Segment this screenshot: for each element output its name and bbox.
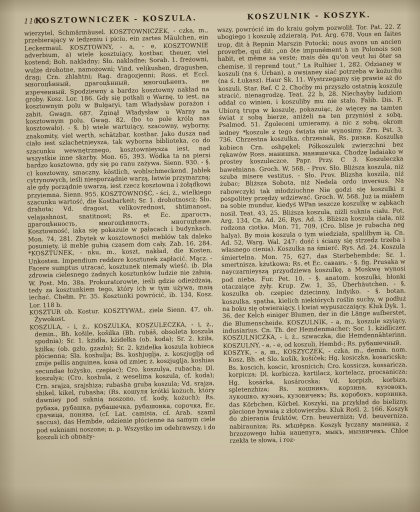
right-column: KOSZULNIK - KOSZYK. wszy, powrócić im do… [217, 10, 409, 446]
dictionary-paragraph: wszy, powrócić im do kraiu gołym pozwoli… [217, 24, 407, 350]
left-column: 1100 KOSZTOWNICZEK - KOSZULA. wierzytel,… [24, 13, 216, 449]
left-running-header: 1100 KOSZTOWNICZEK - KOSZULA. [24, 13, 208, 25]
dictionary-paragraph: KOSZULA, - i, ż., KOSZULKA, KOSZULECZKA,… [30, 321, 216, 442]
page-edge-shadow [406, 0, 420, 512]
page-edge-shadow [0, 0, 420, 14]
page-edge-shadow [0, 486, 420, 512]
dictionary-paragraph: wierzytel, Schmärmäusel. KOSZTOWNICZEK, … [24, 27, 213, 309]
page-text-block: 1100 KOSZTOWNICZEK - KOSZULA. wierzytel,… [24, 10, 410, 449]
left-running-header-text: KOSZTOWNICZEK - KOSZULA. [35, 13, 197, 25]
page-edge-shadow [0, 0, 16, 512]
page-number: 1100 [24, 17, 44, 25]
dictionary-paragraph: KOSZYK, - a, m., KOSZYCZEK, - czka, m., … [223, 347, 409, 446]
scanned-dictionary-page: 1100 KOSZTOWNICZEK - KOSZULA. wierzytel,… [0, 0, 420, 512]
